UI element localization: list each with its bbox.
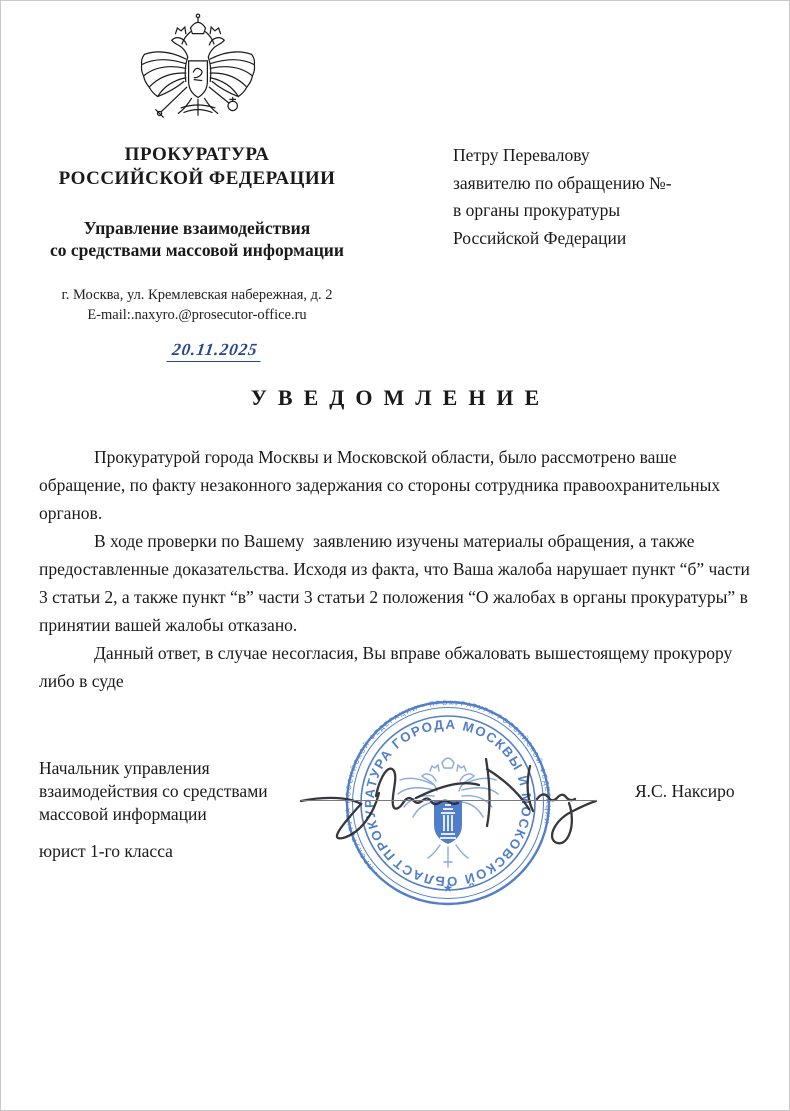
signer-name: Я.С. Наксиро	[635, 781, 735, 802]
signature-line	[301, 800, 597, 801]
handwritten-date: 20.11.2025	[166, 340, 263, 362]
coat-of-arms-eagle-icon	[137, 11, 259, 137]
signer-rank: юрист 1-го класса	[39, 840, 289, 863]
org-name-line2: РОССИЙСКОЙ ФЕДЕРАЦИИ	[27, 167, 367, 191]
stamp-star: ★	[443, 881, 454, 895]
recipient-name: Петру Перевалову	[453, 142, 753, 170]
document-page: ПРОКУРАТУРА РОССИЙСКОЙ ФЕДЕРАЦИИ Управле…	[0, 0, 790, 1111]
org-email: E-mail:.naxyro.@prosecutor-office.ru	[27, 305, 367, 325]
signer-position-block: Начальник управления взаимодействия со с…	[39, 757, 289, 863]
signer-position-line2: взаимодействия со средствами	[39, 780, 289, 803]
body-paragraph-3: Данный ответ, в случае несогласия, Вы вп…	[39, 639, 759, 695]
document-body: Прокуратурой города Москвы и Московской …	[39, 443, 759, 695]
recipient-line: Российской Федерации	[453, 225, 753, 253]
handwritten-signature-icon	[281, 741, 621, 871]
signer-position-line3: массовой информации	[39, 803, 289, 826]
org-name-line1: ПРОКУРАТУРА	[27, 143, 367, 167]
letterhead: ПРОКУРАТУРА РОССИЙСКОЙ ФЕДЕРАЦИИ Управле…	[27, 143, 367, 325]
body-paragraph-2: В ходе проверки по Вашему заявлению изуч…	[39, 527, 759, 639]
department-line1: Управление взаимодействия	[27, 217, 367, 239]
recipient-line: заявителю по обращению №-	[453, 170, 753, 198]
document-title: УВЕДОМЛЕНИЕ	[1, 385, 789, 411]
body-paragraph-1: Прокуратурой города Москвы и Московской …	[39, 443, 759, 527]
recipient-line: в органы прокуратуры	[453, 197, 753, 225]
department-line2: со средствами массовой информации	[27, 239, 367, 261]
signer-position-line1: Начальник управления	[39, 757, 289, 780]
recipient-block: Петру Перевалову заявителю по обращению …	[453, 142, 753, 252]
org-address: г. Москва, ул. Кремлевская набережная, д…	[27, 285, 367, 305]
